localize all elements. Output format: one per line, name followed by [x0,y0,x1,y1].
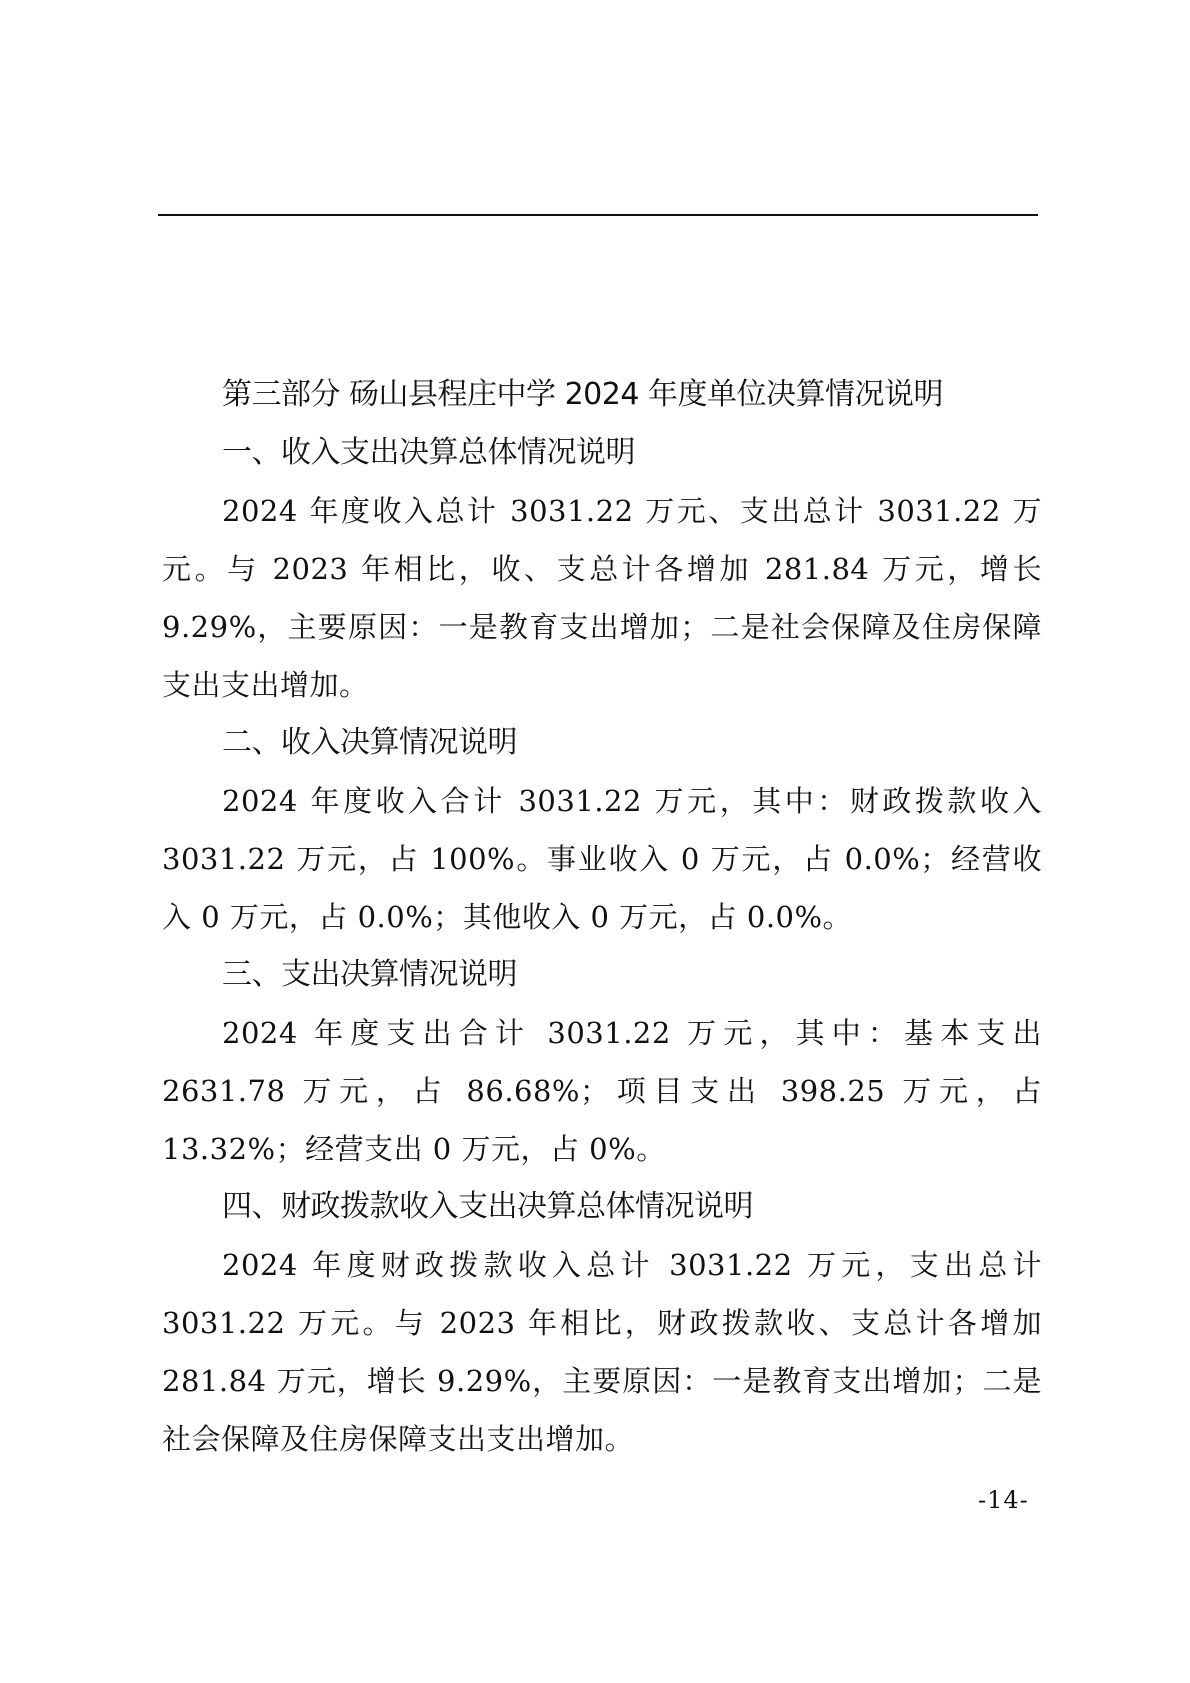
section-income-expenditure-overview: 一、收入支出决算总体情况说明 2024 年度收入总计 3031.22 万元、支出… [162,424,1042,714]
section-heading: 四、财政拨款收入支出决算总体情况说明 [162,1178,1042,1236]
document-body: 第三部分 砀山县程庄中学 2024 年度单位决算情况说明 一、收入支出决算总体情… [162,366,1042,1468]
section-paragraph: 2024 年度收入总计 3031.22 万元、支出总计 3031.22 万元。与… [162,482,1042,714]
page-number: -14- [978,1486,1029,1514]
section-paragraph: 2024 年度支出合计 3031.22 万元，其中：基本支出 2631.78 万… [162,1004,1042,1178]
section-income: 二、收入决算情况说明 2024 年度收入合计 3031.22 万元，其中：财政拨… [162,714,1042,946]
section-paragraph: 2024 年度收入合计 3031.22 万元，其中：财政拨款收入 3031.22… [162,772,1042,946]
page-title: 第三部分 砀山县程庄中学 2024 年度单位决算情况说明 [162,366,1042,424]
section-paragraph: 2024 年度财政拨款收入总计 3031.22 万元，支出总计 3031.22 … [162,1236,1042,1468]
section-heading: 一、收入支出决算总体情况说明 [162,424,1042,482]
section-expenditure: 三、支出决算情况说明 2024 年度支出合计 3031.22 万元，其中：基本支… [162,946,1042,1178]
section-heading: 二、收入决算情况说明 [162,714,1042,772]
section-fiscal-appropriation: 四、财政拨款收入支出决算总体情况说明 2024 年度财政拨款收入总计 3031.… [162,1178,1042,1468]
section-heading: 三、支出决算情况说明 [162,946,1042,1004]
header-rule [158,214,1038,216]
